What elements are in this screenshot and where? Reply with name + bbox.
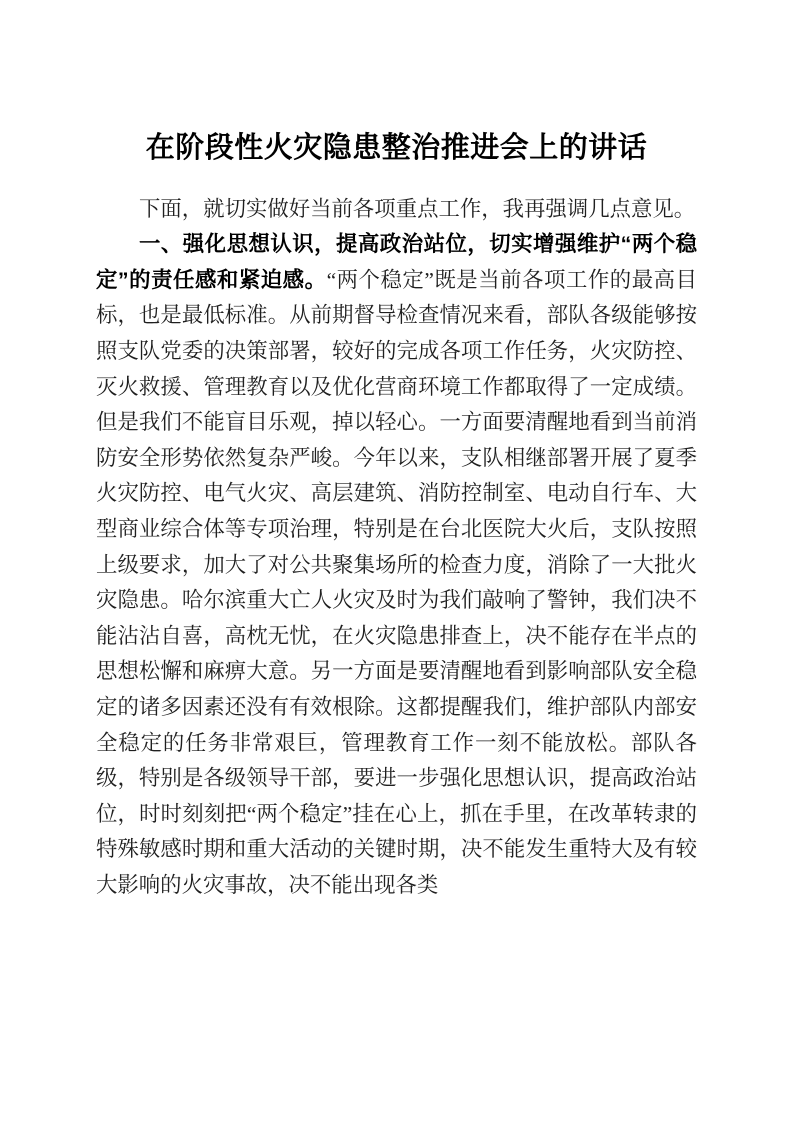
document-page: 在阶段性火灾隐患整治推进会上的讲话 下面，就切实做好当前各项重点工作，我再强调几… xyxy=(0,0,793,1122)
section-1-text: “两个稳定”既是当前各项工作的最高目标，也是最低标准。从前期督导检查情况来看，部… xyxy=(96,268,697,897)
intro-paragraph-text: 下面，就切实做好当前各项重点工作，我再强调几点意见。 xyxy=(139,197,695,221)
intro-paragraph: 下面，就切实做好当前各项重点工作，我再强调几点意见。 xyxy=(96,192,697,228)
document-title: 在阶段性火灾隐患整治推进会上的讲话 xyxy=(96,130,697,168)
section-1-paragraph: 一、强化思想认识，提高政治站位，切实增强维护“两个稳定”的责任感和紧迫感。“两个… xyxy=(96,227,697,903)
